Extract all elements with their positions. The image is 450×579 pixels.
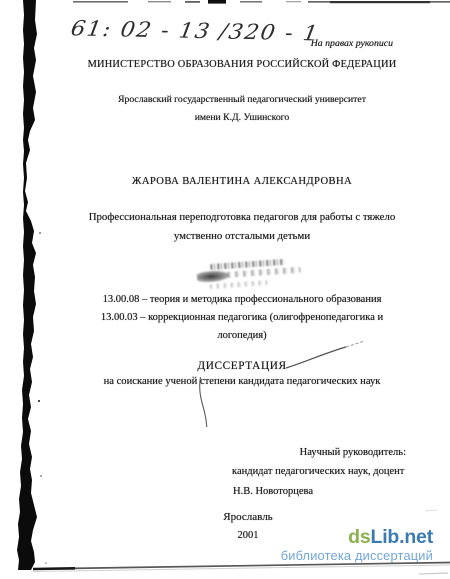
ministry-line: МИНИСТЕРСТВО ОБРАЗОВАНИЯ РОССИЙСКОЙ ФЕДЕ… [27,59,450,70]
dslib-logo-prefix: ds [348,526,370,548]
stamp-smudge-row [227,267,301,278]
dissertation-title-line1: Профессиональная переподготовка педагого… [27,211,450,223]
city-line: Ярославль [36,511,450,523]
specialty-code-2-cont: логопедия) [27,330,450,341]
stamp-smudge [196,254,312,298]
handwritten-number-text: 61: 02 - 13 /320 - 1 [69,15,321,45]
advisor-name: Н.В. Новоторцева [232,482,406,501]
scan-artifact-top-edge [73,0,450,4]
scan-artifact-left-edge [17,0,37,570]
advisor-degree: кандидат педагогических наук, доцент [232,462,406,481]
pen-stroke-diagonal-faint [346,342,363,348]
dslib-logo-suffix: Lib.net [370,526,433,548]
degree-line: на соискание ученой степени кандидата пе… [27,376,450,387]
dissertation-title-page: 61: 02 - 13 /320 - 1 На правах рукописи … [0,0,450,579]
advisor-block: Научный руководитель: кандидат педагогич… [232,443,406,501]
handwritten-catalog-number: 61: 02 - 13 /320 - 1 [64,7,335,55]
university-named-after: имени К.Д. Ушинского [27,112,450,123]
document-type-heading: ДИССЕРТАЦИЯ [27,360,450,372]
stamp-smudge-blot [197,270,230,283]
dslib-watermark-logo: dsLib.net [348,526,433,549]
specialty-code-2: 13.00.03 – коррекционная педагогика (оли… [27,312,450,323]
dissertation-title-line2: умственно отсталыми детьми [27,230,450,242]
advisor-label: Научный руководитель: [232,443,406,462]
manuscript-rights-note: На правах рукописи [311,38,393,49]
dslib-watermark-subtitle: библиотека диссертаций [281,548,433,563]
author-name: ЖАРОВА ВАЛЕНТИНА АЛЕКСАНДРОВНА [27,176,450,187]
specialty-code-1: 13.00.08 – теория и методика профессиона… [27,294,450,305]
university-name: Ярославский государственный педагогическ… [27,94,450,105]
